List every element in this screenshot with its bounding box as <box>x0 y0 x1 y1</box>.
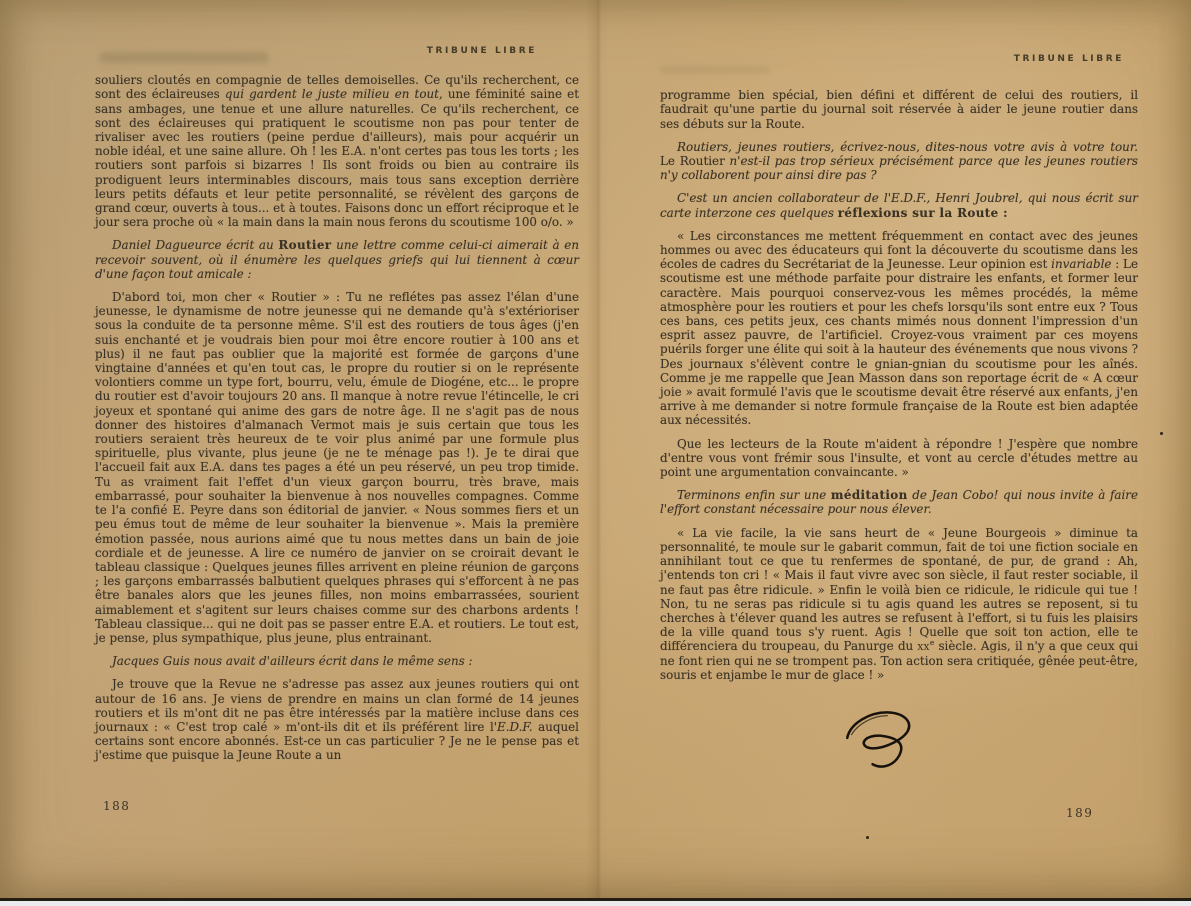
paragraph: Routiers, jeunes routiers, écrivez-nous,… <box>660 140 1138 183</box>
paper-speck <box>1160 432 1163 435</box>
paragraph: Je trouve que la Revue ne s'adresse pas … <box>95 677 579 762</box>
page-number-left: 188 <box>103 799 130 813</box>
paragraph: Jacques Guis nous avait d'ailleurs écrit… <box>95 654 579 668</box>
book-scan: TRIBUNE LIBRE souliers cloutés en compag… <box>0 0 1191 906</box>
running-header-left: TRIBUNE LIBRE <box>95 44 579 58</box>
page-body-right: programme bien spécial, bien défini et d… <box>660 88 1138 682</box>
binding-gutter <box>586 0 610 898</box>
paragraph: Terminons enfin sur une méditation de Je… <box>660 488 1138 516</box>
paragraph: « Les circonstances me mettent fréquemme… <box>660 229 1138 428</box>
page-188: TRIBUNE LIBRE souliers cloutés en compag… <box>95 44 579 772</box>
paragraph: programme bien spécial, bien défini et d… <box>660 88 1138 131</box>
page-body-left: souliers cloutés en compagnie de telles … <box>95 73 579 762</box>
paragraph: Daniel Dagueurce écrit au Routier une le… <box>95 238 579 281</box>
page-189: TRIBUNE LIBRE programme bien spécial, bi… <box>660 52 1138 691</box>
paragraph: « La vie facile, la vie sans heurt de « … <box>660 526 1138 682</box>
end-flourish-icon <box>843 708 917 774</box>
paragraph: C'est un ancien collaborateur de l'E.D.F… <box>660 191 1138 219</box>
paragraph: Que les lecteurs de la Route m'aident à … <box>660 437 1138 480</box>
page-number-right: 189 <box>1066 806 1093 820</box>
scan-margin <box>0 901 1191 906</box>
paragraph: D'abord toi, mon cher « Routier » : Tu n… <box>95 290 579 645</box>
paragraph: souliers cloutés en compagnie de telles … <box>95 73 579 229</box>
running-header-right: TRIBUNE LIBRE <box>660 52 1138 66</box>
paper-speck <box>866 836 869 839</box>
